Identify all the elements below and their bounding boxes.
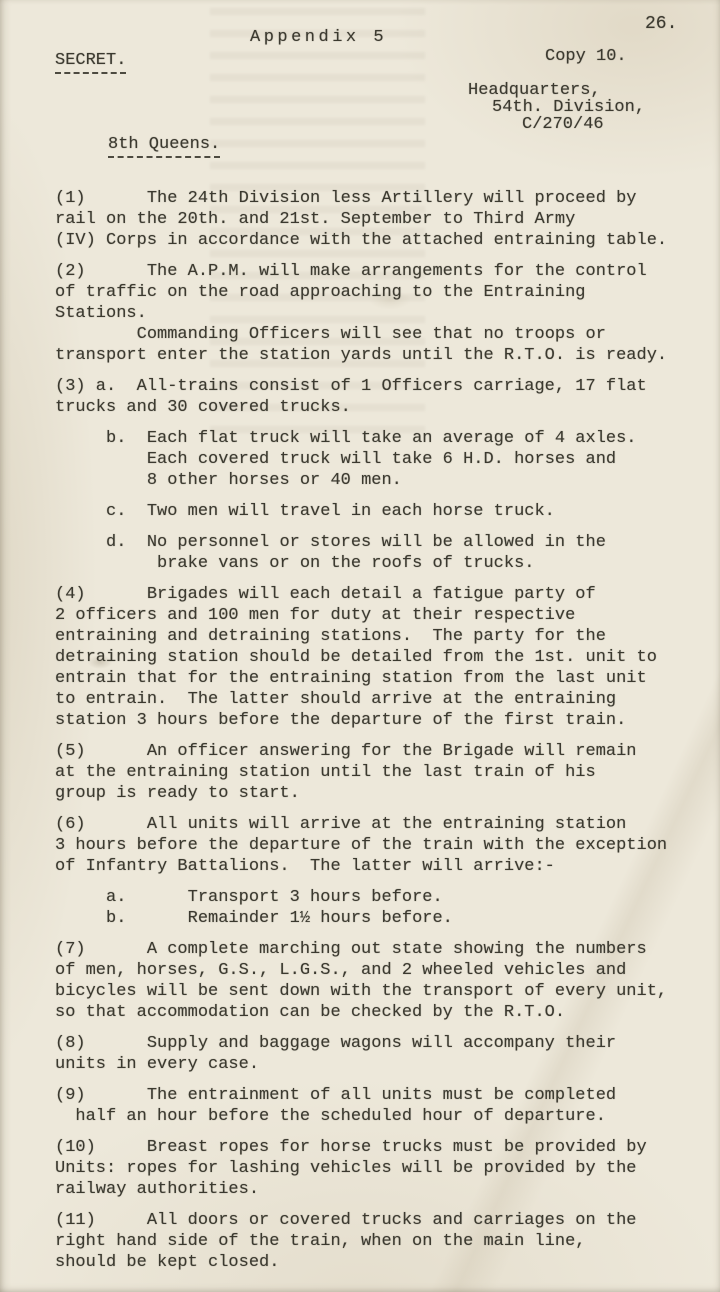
paragraph-8: (8) Supply and baggage wagons will accom… <box>55 1033 713 1075</box>
appendix-title: Appendix 5 <box>250 27 387 48</box>
paragraph-7: (7) A complete marching out state showin… <box>55 939 713 1023</box>
paragraph-2: (2) The A.P.M. will make arrangements fo… <box>55 261 713 366</box>
classification-label: SECRET. <box>55 50 126 74</box>
paragraph-3a: (3) a. All-trains consist of 1 Officers … <box>55 376 713 418</box>
page-number: 26. <box>645 14 677 35</box>
paragraph-4: (4) Brigades will each detail a fatigue … <box>55 584 713 731</box>
paragraph-10: (10) Breast ropes for horse trucks must … <box>55 1137 713 1200</box>
addressee-heading: 8th Queens. <box>108 134 220 158</box>
paragraph-6-list: a. Transport 3 hours before. b. Remainde… <box>55 887 713 929</box>
paragraph-9: (9) The entrainment of all units must be… <box>55 1085 713 1127</box>
paragraph-6: (6) All units will arrive at the entrain… <box>55 814 713 877</box>
scanned-document-page: 26. Appendix 5 SECRET. Copy 10. Headquar… <box>0 0 720 1292</box>
copy-number: Copy 10. <box>545 46 627 67</box>
paragraph-1: (1) The 24th Division less Artillery wil… <box>55 188 713 251</box>
paragraph-3c: c. Two men will travel in each horse tru… <box>55 501 713 522</box>
paragraph-3d: d. No personnel or stores will be allowe… <box>55 532 713 574</box>
paragraph-11: (11) All doors or covered trucks and car… <box>55 1210 713 1273</box>
paragraph-5: (5) An officer answering for the Brigade… <box>55 741 713 804</box>
paragraph-3b: b. Each flat truck will take an average … <box>55 428 713 491</box>
document-body: (1) The 24th Division less Artillery wil… <box>55 188 713 1283</box>
letterhead-line-3: C/270/46 <box>522 114 604 135</box>
